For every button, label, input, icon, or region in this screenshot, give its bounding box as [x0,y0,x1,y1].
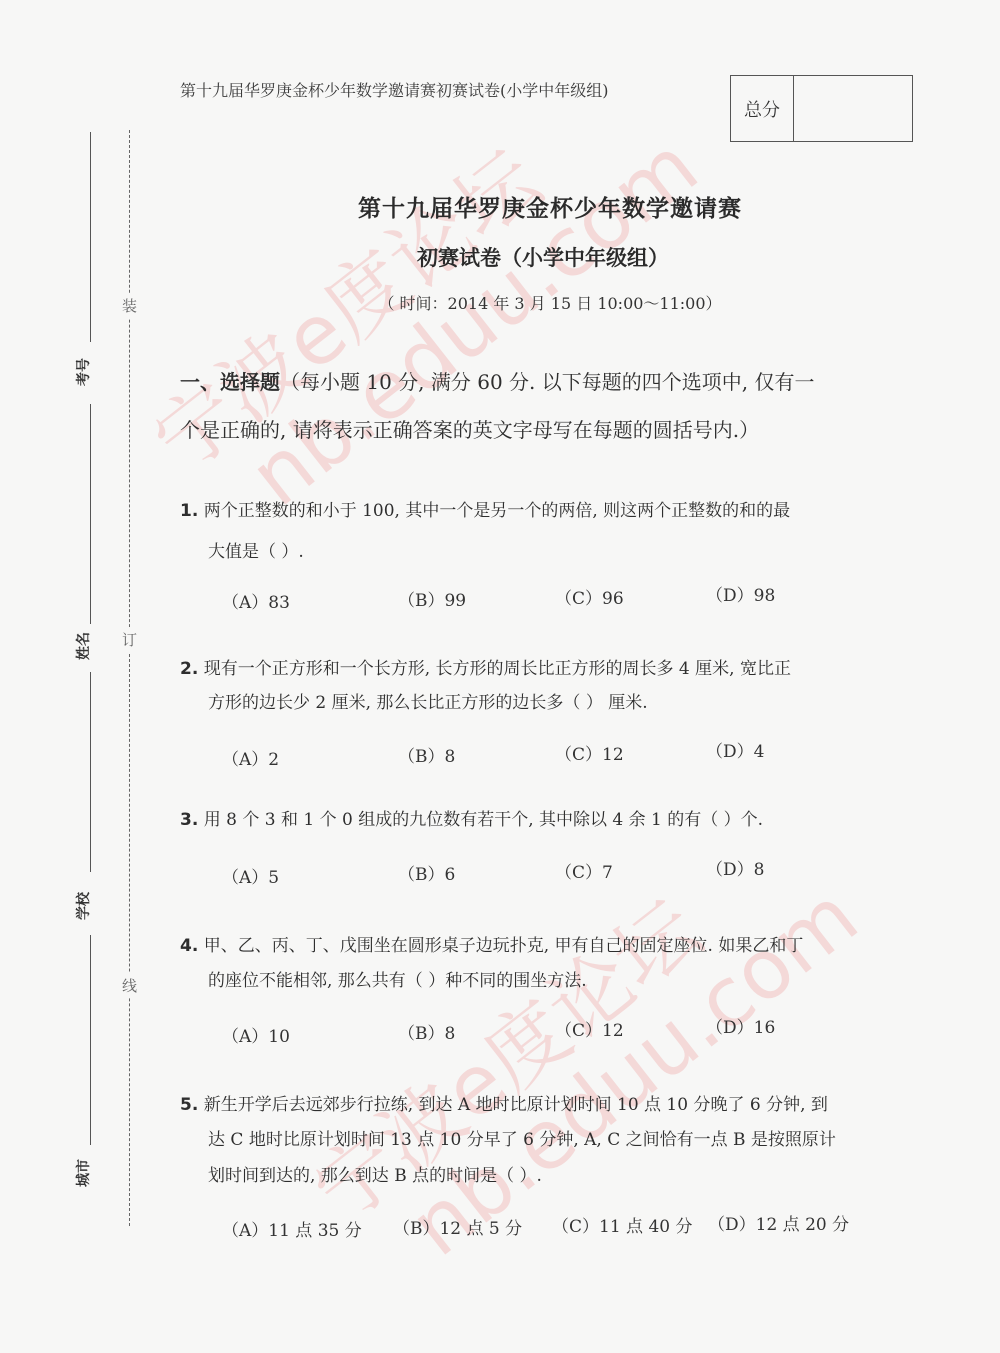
question-number: 3. [180,810,198,830]
question-text: 划时间到达的, 那么到达 B 点的时间是（ ）. [208,1161,542,1186]
question-text: 方形的边长少 2 厘米, 那么长比正方形的边长多（ ） 厘米. [208,688,648,713]
option-c[interactable]: （C）11 点 40 分 [552,1212,692,1237]
option-b[interactable]: （B）6 [398,860,455,885]
question-line: 4. 甲、乙、丙、丁、戊围坐在圆形桌子边玩扑克, 甲有自己的固定座位. 如果乙和… [180,931,803,956]
option-b[interactable]: （B）99 [398,586,466,611]
option-b[interactable]: （B）12 点 5 分 [393,1214,522,1239]
question-text: 达 C 地时比原计划时间 13 点 10 分早了 6 分钟, A, C 之间恰有… [208,1125,836,1150]
option-c[interactable]: （C）96 [555,584,624,609]
section-heading: 一、选择题 [180,370,280,394]
question-text: 的座位不能相邻, 那么共有（ ）种不同的围坐方法. [208,966,587,991]
option-a[interactable]: （A）2 [222,745,279,770]
field-line [90,404,91,624]
total-score-label: 总分 [731,76,794,141]
question-line: 5. 新生开学后去远郊步行拉练, 到达 A 地时比原计划时间 10 点 10 分… [180,1090,828,1115]
question-text: 甲、乙、丙、丁、戊围坐在圆形桌子边玩扑克, 甲有自己的固定座位. 如果乙和丁 [204,936,804,956]
field-label-exam-number: 考号 [73,357,93,387]
question-text: 两个正整数的和小于 100, 其中一个是另一个的两倍, 则这两个正整数的和的最 [204,501,790,521]
section-instructions-1: （每小题 10 分, 满分 60 分. 以下每题的四个选项中, 仅有一 [280,370,814,394]
option-b[interactable]: （B）8 [398,742,455,767]
question-text: 用 8 个 3 和 1 个 0 组成的九位数有若干个, 其中除以 4 余 1 的… [204,810,763,830]
option-d[interactable]: （D）98 [706,581,775,606]
binding-mark-xian: 线 [122,973,137,998]
question-number: 5. [180,1095,198,1115]
option-c[interactable]: （C）12 [555,740,624,765]
option-a[interactable]: （A）83 [222,588,290,613]
option-a[interactable]: （A）10 [222,1022,290,1047]
question-line: 3. 用 8 个 3 和 1 个 0 组成的九位数有若干个, 其中除以 4 余 … [180,805,763,830]
option-d[interactable]: （D）8 [706,855,764,880]
option-b[interactable]: （B）8 [398,1019,455,1044]
binding-mark-ding: 订 [122,627,137,652]
total-score-field[interactable] [794,76,912,141]
option-a[interactable]: （A）11 点 35 分 [222,1216,362,1241]
section-instructions-2: 个是正确的, 请将表示正确答案的英文字母写在每题的圆括号内.） [180,414,759,443]
section-header: 一、选择题（每小题 10 分, 满分 60 分. 以下每题的四个选项中, 仅有一 [180,366,814,395]
field-line [90,935,91,1145]
option-c[interactable]: （C）12 [555,1016,624,1041]
question-number: 4. [180,936,198,956]
question-number: 2. [180,659,198,679]
field-label-city: 城市 [73,1158,93,1188]
question-line: 2. 现有一个正方形和一个长方形, 长方形的周长比正方形的周长多 4 厘米, 宽… [180,654,791,679]
field-label-name: 姓名 [73,631,93,661]
option-d[interactable]: （D）12 点 20 分 [708,1210,849,1235]
exam-time: （ 时间：2014 年 3 月 15 日 10:00～11:00） [0,291,1000,314]
field-label-school: 学校 [73,891,93,921]
exam-title: 第十九届华罗庚金杯少年数学邀请赛 [0,190,1000,223]
question-text: 现有一个正方形和一个长方形, 长方形的周长比正方形的周长多 4 厘米, 宽比正 [204,659,791,679]
total-score-box: 总分 [730,75,913,142]
option-d[interactable]: （D）4 [706,737,764,762]
question-number: 1. [180,501,198,521]
field-line [90,672,91,872]
question-text: 新生开学后去远郊步行拉练, 到达 A 地时比原计划时间 10 点 10 分晚了 … [204,1095,828,1115]
option-c[interactable]: （C）7 [555,858,613,883]
option-a[interactable]: （A）5 [222,863,279,888]
watermark-line2: nb.eduu.com [236,123,713,522]
exam-subtitle: 初赛试卷（小学中年级组） [0,242,1000,272]
question-line: 1. 两个正整数的和小于 100, 其中一个是另一个的两倍, 则这两个正整数的和… [180,496,790,521]
running-title: 第十九届华罗庚金杯少年数学邀请赛初赛试卷(小学中年级组) [180,78,609,101]
option-d[interactable]: （D）16 [706,1013,775,1038]
question-text: 大值是（ ）. [208,537,304,562]
